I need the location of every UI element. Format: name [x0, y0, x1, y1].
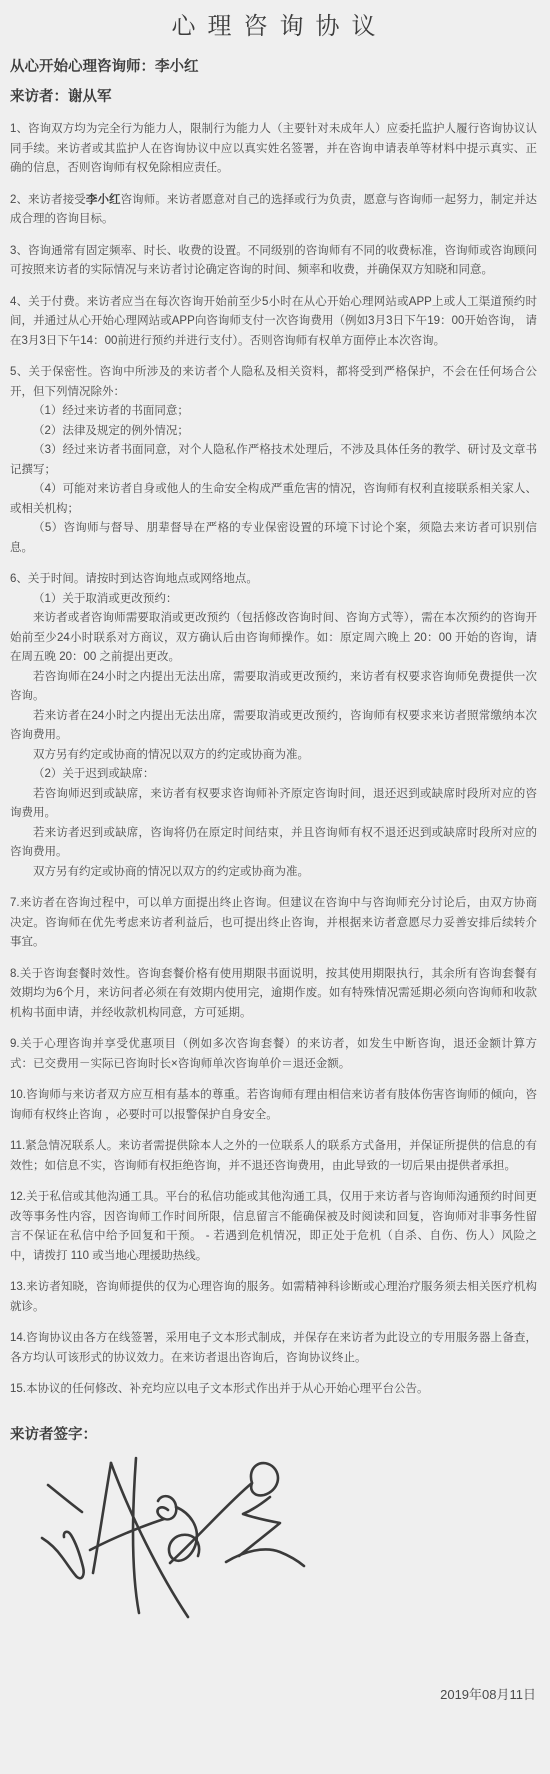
clause-paragraph: 双方另有约定或协商的情况以双方的约定或协商为准。 [10, 746, 537, 766]
clause-paragraph: 若咨询师在24小时之内提出无法出席，需要取消或更改预约，来访者有权要求咨询师免费… [10, 668, 537, 707]
clause-text: 若咨询师在24小时之内提出无法出席，需要取消或更改预约，来访者有权要求咨询师免费… [10, 671, 537, 703]
clause-text: （1）关于取消或更改预约： [33, 593, 177, 605]
clause-paragraph: 9.关于心理咨询并享受优惠项目（例如多次咨询套餐）的来访者，如发生中断咨询，退还… [10, 1035, 537, 1074]
agreement-date: 2019年08月11日 [440, 1686, 536, 1704]
clause: 11.紧急情况联系人。来访者需提供除本人之外的一位联系人的联系方式备用，并保证所… [10, 1137, 537, 1176]
clause: 5、关于保密性。咨询中所涉及的来访者个人隐私及相关资料，都将受到严格保护，不会在… [10, 363, 537, 558]
clause-paragraph: 4、关于付费。来访者应当在每次咨询开始前至少5小时在从心开始心理网站或APP上或… [10, 293, 537, 352]
clause-paragraph: （3）经过来访者书面同意，对个人隐私作严格技术处理后，不涉及具体任务的教学、研讨… [10, 441, 537, 480]
clause-paragraph: 7.来访者在咨询过程中，可以单方面提出终止咨询。但建议在咨询中与咨询师充分讨论后… [10, 894, 537, 953]
clause-text: 若来访者在24小时之内提出无法出席，需要取消或更改预约，咨询师有权要求来访者照常… [10, 710, 537, 742]
clause-text: 4、关于付费。来访者应当在每次咨询开始前至少5小时在从心开始心理网站或APP上或… [10, 296, 537, 347]
clause-paragraph: 若来访者迟到或缺席，咨询将仍在原定时间结束，并且咨询师有权不退还迟到或缺席时段所… [10, 824, 537, 863]
clause-paragraph: 若来访者在24小时之内提出无法出席，需要取消或更改预约，咨询师有权要求来访者照常… [10, 707, 537, 746]
clause-text: 双方另有约定或协商的情况以双方的约定或协商为准。 [33, 866, 309, 878]
clause-text: 15.本协议的任何修改、补充均应以电子文本形式作出并于从心开始心理平台公告。 [10, 1383, 428, 1395]
clause-text: 11.紧急情况联系人。来访者需提供除本人之外的一位联系人的联系方式备用，并保证所… [10, 1140, 537, 1172]
bold-name: 李小红 [86, 194, 121, 206]
clause: 7.来访者在咨询过程中，可以单方面提出终止咨询。但建议在咨询中与咨询师充分讨论后… [10, 894, 537, 953]
clause-paragraph: 14.咨询协议由各方在线签署，采用电子文本形式制成，并保存在来访者为此设立的专用… [10, 1329, 537, 1368]
clause: 3、咨询通常有固定频率、时长、收费的设置。不同级别的咨询师有不同的收费标准，咨询… [10, 242, 537, 281]
clause-paragraph: 5、关于保密性。咨询中所涉及的来访者个人隐私及相关资料，都将受到严格保护，不会在… [10, 363, 537, 402]
clause: 10.咨询师与来访者双方应互相有基本的尊重。若咨询师有理由相信来访者有肢体伤害咨… [10, 1086, 537, 1125]
clause-paragraph: 11.紧急情况联系人。来访者需提供除本人之外的一位联系人的联系方式备用，并保证所… [10, 1137, 537, 1176]
clause-text: （5）咨询师与督导、朋辈督导在严格的专业保密设置的环境下讨论个案，须隐去来访者可… [10, 522, 537, 554]
clause-list: 1、咨询双方均为完全行为能力人，限制行为能力人（主要针对未成年人）应委托监护人履… [10, 120, 537, 1400]
agreement-document: 心理咨询协议 从心开始心理咨询师：李小红 来访者：谢从军 1、咨询双方均为完全行… [0, 0, 550, 1635]
clause-text: 8.关于咨询套餐时效性。咨询套餐价格有使用期限书面说明，按其使用期限执行，其余所… [10, 968, 537, 1019]
clause-paragraph: （1）关于取消或更改预约： [10, 590, 537, 610]
clause-paragraph: 8.关于咨询套餐时效性。咨询套餐价格有使用期限书面说明，按其使用期限执行，其余所… [10, 965, 537, 1024]
signature-stroke [157, 1496, 176, 1519]
clause-paragraph: 若咨询师迟到或缺席，来访者有权要求咨询师补齐原定咨询时间，退还迟到或缺席时段所对… [10, 785, 537, 824]
signature-stroke [239, 1497, 280, 1556]
signature-stroke [48, 1485, 82, 1512]
clause-text: （2）法律及规定的例外情况； [33, 425, 189, 437]
clause-paragraph: （2）法律及规定的例外情况； [10, 422, 537, 442]
clause: 13.来访者知晓，咨询师提供的仅为心理咨询的服务。如需精神科诊断或心理治疗服务须… [10, 1278, 537, 1317]
clause-paragraph: 来访者或者咨询师需要取消或更改预约（包括修改咨询时间、咨询方式等），需在本次预约… [10, 609, 537, 668]
clause-text: 5、关于保密性。咨询中所涉及的来访者个人隐私及相关资料，都将受到严格保护，不会在… [10, 366, 537, 398]
clause-text: 双方另有约定或协商的情况以双方的约定或协商为准。 [33, 749, 309, 761]
signature-stroke [133, 1458, 139, 1613]
clause-paragraph: （5）咨询师与督导、朋辈督导在严格的专业保密设置的环境下讨论个案，须隐去来访者可… [10, 519, 537, 558]
document-title: 心理咨询协议 [10, 12, 537, 42]
signature-area [40, 1455, 537, 1635]
clause-paragraph: 1、咨询双方均为完全行为能力人，限制行为能力人（主要针对未成年人）应委托监护人履… [10, 120, 537, 179]
clause: 15.本协议的任何修改、补充均应以电子文本形式作出并于从心开始心理平台公告。 [10, 1380, 537, 1400]
clause-text: 10.咨询师与来访者双方应互相有基本的尊重。若咨询师有理由相信来访者有肢体伤害咨… [10, 1089, 537, 1121]
visitor-signature [40, 1455, 310, 1630]
clause-text: （3）经过来访者书面同意，对个人隐私作严格技术处理后，不涉及具体任务的教学、研讨… [10, 444, 537, 476]
clause: 14.咨询协议由各方在线签署，采用电子文本形式制成，并保存在来访者为此设立的专用… [10, 1329, 537, 1368]
clause-paragraph: 13.来访者知晓，咨询师提供的仅为心理咨询的服务。如需精神科诊断或心理治疗服务须… [10, 1278, 537, 1317]
clause: 9.关于心理咨询并享受优惠项目（例如多次咨询套餐）的来访者，如发生中断咨询，退还… [10, 1035, 537, 1074]
visitor-line: 来访者：谢从军 [10, 88, 537, 107]
signature-stroke [111, 1463, 188, 1617]
clause-paragraph: （4）可能对来访者自身或他人的生命安全构成严重危害的情况，咨询师有权利直接联系相… [10, 480, 537, 519]
clause-paragraph: 15.本协议的任何修改、补充均应以电子文本形式作出并于从心开始心理平台公告。 [10, 1380, 537, 1400]
signature-label: 来访者签字： [10, 1426, 537, 1445]
clause-text: 9.关于心理咨询并享受优惠项目（例如多次咨询套餐）的来访者，如发生中断咨询，退还… [10, 1038, 537, 1070]
clause-text: 2、来访者接受 [10, 194, 86, 206]
signature-stroke [251, 1463, 278, 1495]
clause: 1、咨询双方均为完全行为能力人，限制行为能力人（主要针对未成年人）应委托监护人履… [10, 120, 537, 179]
clause-text: 6、关于时间。请按时到达咨询地点或网络地点。 [10, 573, 258, 585]
clause-text: 若咨询师迟到或缺席，来访者有权要求咨询师补齐原定咨询时间，退还迟到或缺席时段所对… [10, 788, 537, 820]
clause-text: 3、咨询通常有固定频率、时长、收费的设置。不同级别的咨询师有不同的收费标准，咨询… [10, 245, 537, 277]
clause: 12.关于私信或其他沟通工具。平台的私信功能或其他沟通工具，仅用于来访者与咨询师… [10, 1188, 537, 1266]
clause-text: （4）可能对来访者自身或他人的生命安全构成严重危害的情况，咨询师有权利直接联系相… [10, 483, 537, 515]
clause-text: （2）关于迟到或缺席： [33, 768, 154, 780]
clause-text: 7.来访者在咨询过程中，可以单方面提出终止咨询。但建议在咨询中与咨询师充分讨论后… [10, 897, 537, 948]
counselor-line: 从心开始心理咨询师：李小红 [10, 58, 537, 77]
clause-text: 1、咨询双方均为完全行为能力人，限制行为能力人（主要针对未成年人）应委托监护人履… [10, 123, 537, 174]
clause-paragraph: 2、来访者接受李小红咨询师。来访者愿意对自己的选择或行为负责，愿意与咨询师一起努… [10, 191, 537, 230]
signature-stroke [226, 1549, 304, 1566]
clause-text: 12.关于私信或其他沟通工具。平台的私信功能或其他沟通工具，仅用于来访者与咨询师… [10, 1191, 537, 1262]
clause-paragraph: 12.关于私信或其他沟通工具。平台的私信功能或其他沟通工具，仅用于来访者与咨询师… [10, 1188, 537, 1266]
clause: 8.关于咨询套餐时效性。咨询套餐价格有使用期限书面说明，按其使用期限执行，其余所… [10, 965, 537, 1024]
clause-paragraph: （2）关于迟到或缺席： [10, 765, 537, 785]
signature-stroke [93, 1463, 111, 1573]
clause: 4、关于付费。来访者应当在每次咨询开始前至少5小时在从心开始心理网站或APP上或… [10, 293, 537, 352]
signature-stroke [42, 1531, 84, 1577]
clause: 2、来访者接受李小红咨询师。来访者愿意对自己的选择或行为负责，愿意与咨询师一起努… [10, 191, 537, 230]
clause-paragraph: 双方另有约定或协商的情况以双方的约定或协商为准。 [10, 863, 537, 883]
clause-text: 若来访者迟到或缺席，咨询将仍在原定时间结束，并且咨询师有权不退还迟到或缺席时段所… [10, 827, 537, 859]
clause-text: 13.来访者知晓，咨询师提供的仅为心理咨询的服务。如需精神科诊断或心理治疗服务须… [10, 1281, 537, 1313]
signature-stroke [170, 1483, 252, 1563]
clause-paragraph: 10.咨询师与来访者双方应互相有基本的尊重。若咨询师有理由相信来访者有肢体伤害咨… [10, 1086, 537, 1125]
clause-paragraph: 6、关于时间。请按时到达咨询地点或网络地点。 [10, 570, 537, 590]
clause-text: 来访者或者咨询师需要取消或更改预约（包括修改咨询时间、咨询方式等），需在本次预约… [10, 612, 537, 663]
clause-paragraph: （1）经过来访者的书面同意； [10, 402, 537, 422]
clause: 6、关于时间。请按时到达咨询地点或网络地点。（1）关于取消或更改预约：来访者或者… [10, 570, 537, 882]
clause-text: （1）经过来访者的书面同意； [33, 405, 189, 417]
clause-paragraph: 3、咨询通常有固定频率、时长、收费的设置。不同级别的咨询师有不同的收费标准，咨询… [10, 242, 537, 281]
clause-text: 14.咨询协议由各方在线签署，采用电子文本形式制成，并保存在来访者为此设立的专用… [10, 1332, 537, 1364]
